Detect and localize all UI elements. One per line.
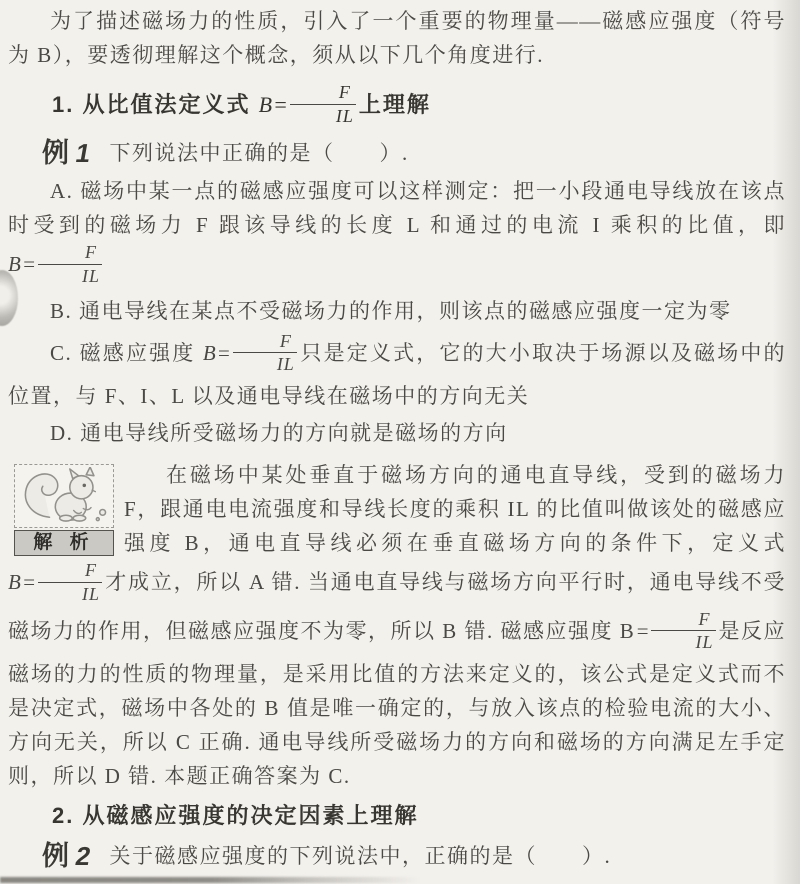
example2-badge: 例2 [42, 839, 91, 873]
formula-b-equals-f-over-il: B=FIL [259, 92, 359, 117]
example1-line: 例1下列说法中正确的是（ ）. [8, 136, 786, 170]
example-badge-char: 例 [42, 138, 70, 168]
fraction-denominator: IL [651, 631, 715, 653]
example2-question: 关于磁感应强度的下列说法中，正确的是（ ）. [109, 844, 611, 868]
analysis-text-1: 在磁场中某处垂直于磁场方向的通电直导线，受到的磁场力 F，跟通电电流强度和导线长… [124, 463, 786, 555]
example1-number: 1 [73, 136, 94, 170]
option-d: D. 通电导线所受磁场力的方向就是磁场的方向 [8, 416, 786, 450]
intro-paragraph: 为了描述磁场力的性质，引入了一个重要的物理量——磁感应强度（符号为 B），要透彻… [8, 4, 786, 72]
formula-lhs: B= [259, 92, 289, 117]
section2-heading: 2. 从磁感应强度的决定因素上理解 [8, 799, 786, 833]
option-c-text-pre: C. 磁感应强度 [50, 341, 203, 365]
fraction-numerator: F [38, 560, 102, 583]
fraction: FIL [38, 242, 102, 286]
fraction: FIL [290, 82, 356, 126]
fraction-numerator: F [233, 331, 297, 354]
option-b: B. 通电导线在某点不受磁场力的作用，则该点的磁感应强度一定为零 [8, 294, 786, 328]
textbook-page: 为了描述磁场力的性质，引入了一个重要的物理量——磁感应强度（符号为 B），要透彻… [0, 0, 800, 884]
section1-heading: 1. 从比值法定义式 B=FIL上理解 [8, 82, 786, 130]
option-c: C. 磁感应强度 B=FIL只是定义式，它的大小取决于场源以及磁场中的位置，与 … [8, 331, 786, 413]
fraction-denominator: IL [233, 353, 297, 375]
example2-line: 例2关于磁感应强度的下列说法中，正确的是（ ）. [8, 839, 786, 873]
fraction-denominator: IL [290, 105, 356, 127]
option-d-text: D. 通电导线所受磁场力的方向就是磁场的方向 [50, 421, 508, 445]
fraction-denominator: IL [38, 583, 102, 605]
formula-b-equals-f-over-il: B=FIL [203, 341, 300, 365]
example-badge-char: 例 [42, 841, 70, 871]
fraction-denominator: IL [38, 265, 102, 287]
section1-title-pre: 1. 从比值法定义式 [52, 92, 259, 117]
option-a: A. 磁场中某一点的磁感应强度可以这样测定：把一小段通电导线放在该点时受到的磁场… [8, 174, 786, 290]
analysis-section: 解 析 在磁场中某处垂直于磁场方向的通电直导线，受到的磁场力 F，跟通电电流强度… [8, 458, 786, 793]
example1-badge: 例1 [42, 136, 91, 170]
formula-lhs: B= [203, 341, 232, 365]
intro-text: 为了描述磁场力的性质，引入了一个重要的物理量——磁感应强度（符号为 B），要透彻… [8, 9, 786, 67]
formula-lhs: B= [8, 570, 37, 594]
section2-title: 2. 从磁感应强度的决定因素上理解 [52, 803, 418, 828]
formula-lhs: B= [8, 252, 37, 276]
fraction: FIL [233, 331, 297, 375]
example1-question: 下列说法中正确的是（ ）. [109, 141, 408, 165]
analysis-paragraph: 在磁场中某处垂直于磁场方向的通电直导线，受到的磁场力 F，跟通电电流强度和导线长… [8, 458, 786, 793]
page-bottom-cut-text [0, 877, 560, 883]
example2-number: 2 [73, 839, 94, 873]
fraction: FIL [38, 560, 102, 604]
analysis-badge-box: 解 析 [14, 464, 114, 556]
analysis-label: 解 析 [14, 530, 114, 556]
option-b-text: B. 通电导线在某点不受磁场力的作用，则该点的磁感应强度一定为零 [50, 299, 732, 323]
section1-title-post: 上理解 [359, 92, 431, 117]
fraction-numerator: F [651, 609, 715, 632]
formula-b-equals-f-over-il: B=FIL [8, 570, 105, 594]
formula-equals-f-over-il: =FIL [635, 619, 718, 643]
fraction-numerator: F [38, 242, 102, 265]
fraction: FIL [651, 609, 715, 653]
squirrel-icon [14, 464, 114, 528]
formula-lhs: = [635, 619, 650, 643]
formula-b-equals-f-over-il: B=FIL [8, 252, 105, 276]
fraction-numerator: F [290, 82, 356, 105]
option-a-text: A. 磁场中某一点的磁感应强度可以这样测定：把一小段通电导线放在该点时受到的磁场… [8, 179, 786, 237]
